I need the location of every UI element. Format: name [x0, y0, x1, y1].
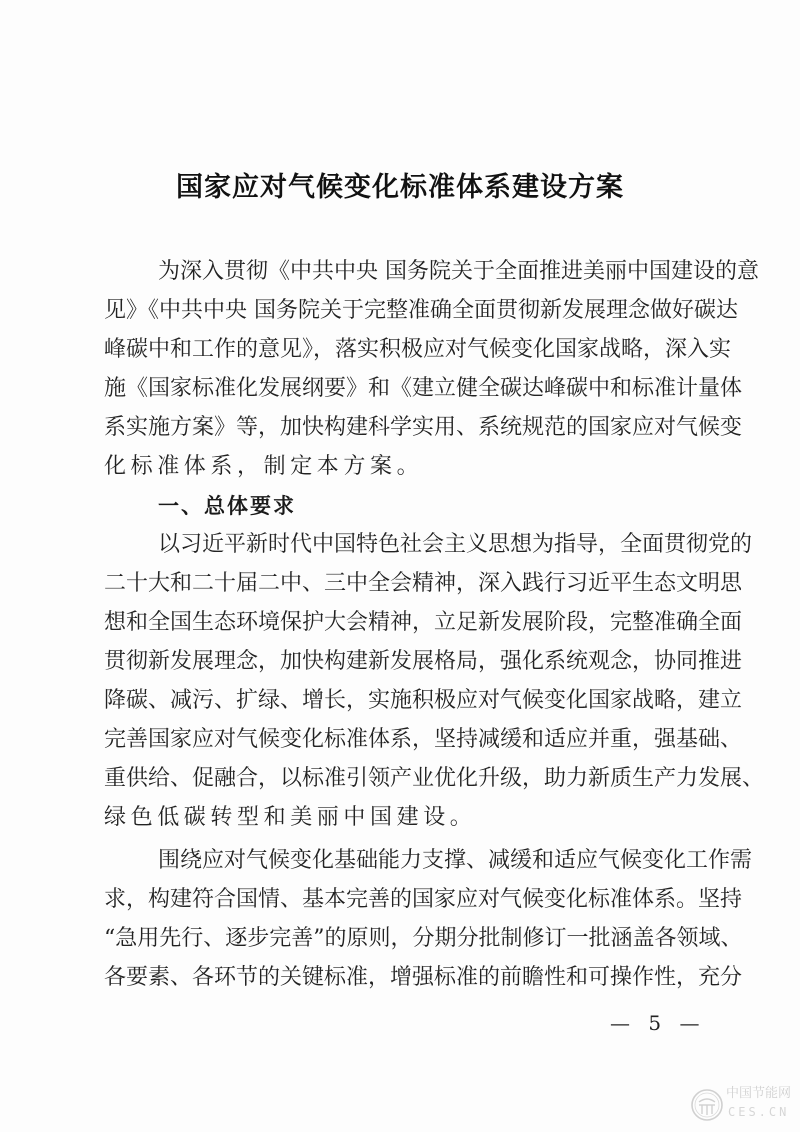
paragraph-line: “急用先行、逐步完善”的原则，分期分批制修订一批涵盖各领域、 — [104, 924, 698, 954]
paragraph-line: 求，构建符合国情、基本完善的国家应对气候变化标准体系。坚持 — [104, 885, 698, 915]
intro-line: 见》《中共中央 国务院关于完整准确全面贯彻新发展理念做好碳达 — [104, 296, 698, 326]
section-heading: 一、总体要求 — [158, 491, 296, 521]
page-number: — 5 — — [610, 1010, 705, 1036]
ces-logo-icon — [690, 1088, 724, 1122]
document-title: 国家应对气候变化标准体系建设方案 — [0, 168, 800, 208]
site-watermark: 中国节能网 CES.CN — [690, 1086, 800, 1126]
paragraph-line: 完善国家应对气候变化标准体系，坚持减缓和适应并重，强基础、 — [104, 725, 698, 755]
document-page: 国家应对气候变化标准体系建设方案 为深入贯彻《中共中央 国务院关于全面推进美丽中… — [0, 0, 800, 1132]
paragraph-line: 贯彻新发展理念，加快构建新发展格局，强化系统观念，协同推进 — [104, 647, 698, 677]
paragraph-line: 重供给、促融合，以标准引领产业优化升级，助力新质生产力发展、 — [104, 764, 698, 794]
paragraph-line: 围绕应对气候变化基础能力支撑、减缓和适应气候变化工作需 — [158, 846, 698, 876]
intro-line: 峰碳中和工作的意见》，落实积极应对气候变化国家战略，深入实 — [104, 335, 698, 365]
intro-line: 化标准体系，制定本方案。 — [104, 452, 698, 482]
watermark-name: 中国节能网 — [726, 1086, 791, 1102]
intro-line: 施《国家标准化发展纲要》和《建立健全碳达峰碳中和标准计量体 — [104, 374, 698, 404]
paragraph-line: 各要素、各环节的关键标准，增强标准的前瞻性和可操作性，充分 — [104, 963, 698, 993]
paragraph-line: 降碳、减污、扩绿、增长，实施积极应对气候变化国家战略，建立 — [104, 686, 698, 716]
intro-line: 系实施方案》等，加快构建科学实用、系统规范的国家应对气候变 — [104, 413, 698, 443]
paragraph-line: 二十大和二十届二中、三中全会精神，深入践行习近平生态文明思 — [104, 569, 698, 599]
paragraph-line: 想和全国生态环境保护大会精神，立足新发展阶段，完整准确全面 — [104, 608, 698, 638]
watermark-domain: CES.CN — [728, 1104, 789, 1120]
paragraph-line: 绿色低碳转型和美丽中国建设。 — [104, 803, 698, 833]
paragraph-line: 以习近平新时代中国特色社会主义思想为指导，全面贯彻党的 — [158, 530, 698, 560]
intro-line: 为深入贯彻《中共中央 国务院关于全面推进美丽中国建设的意 — [158, 257, 698, 287]
